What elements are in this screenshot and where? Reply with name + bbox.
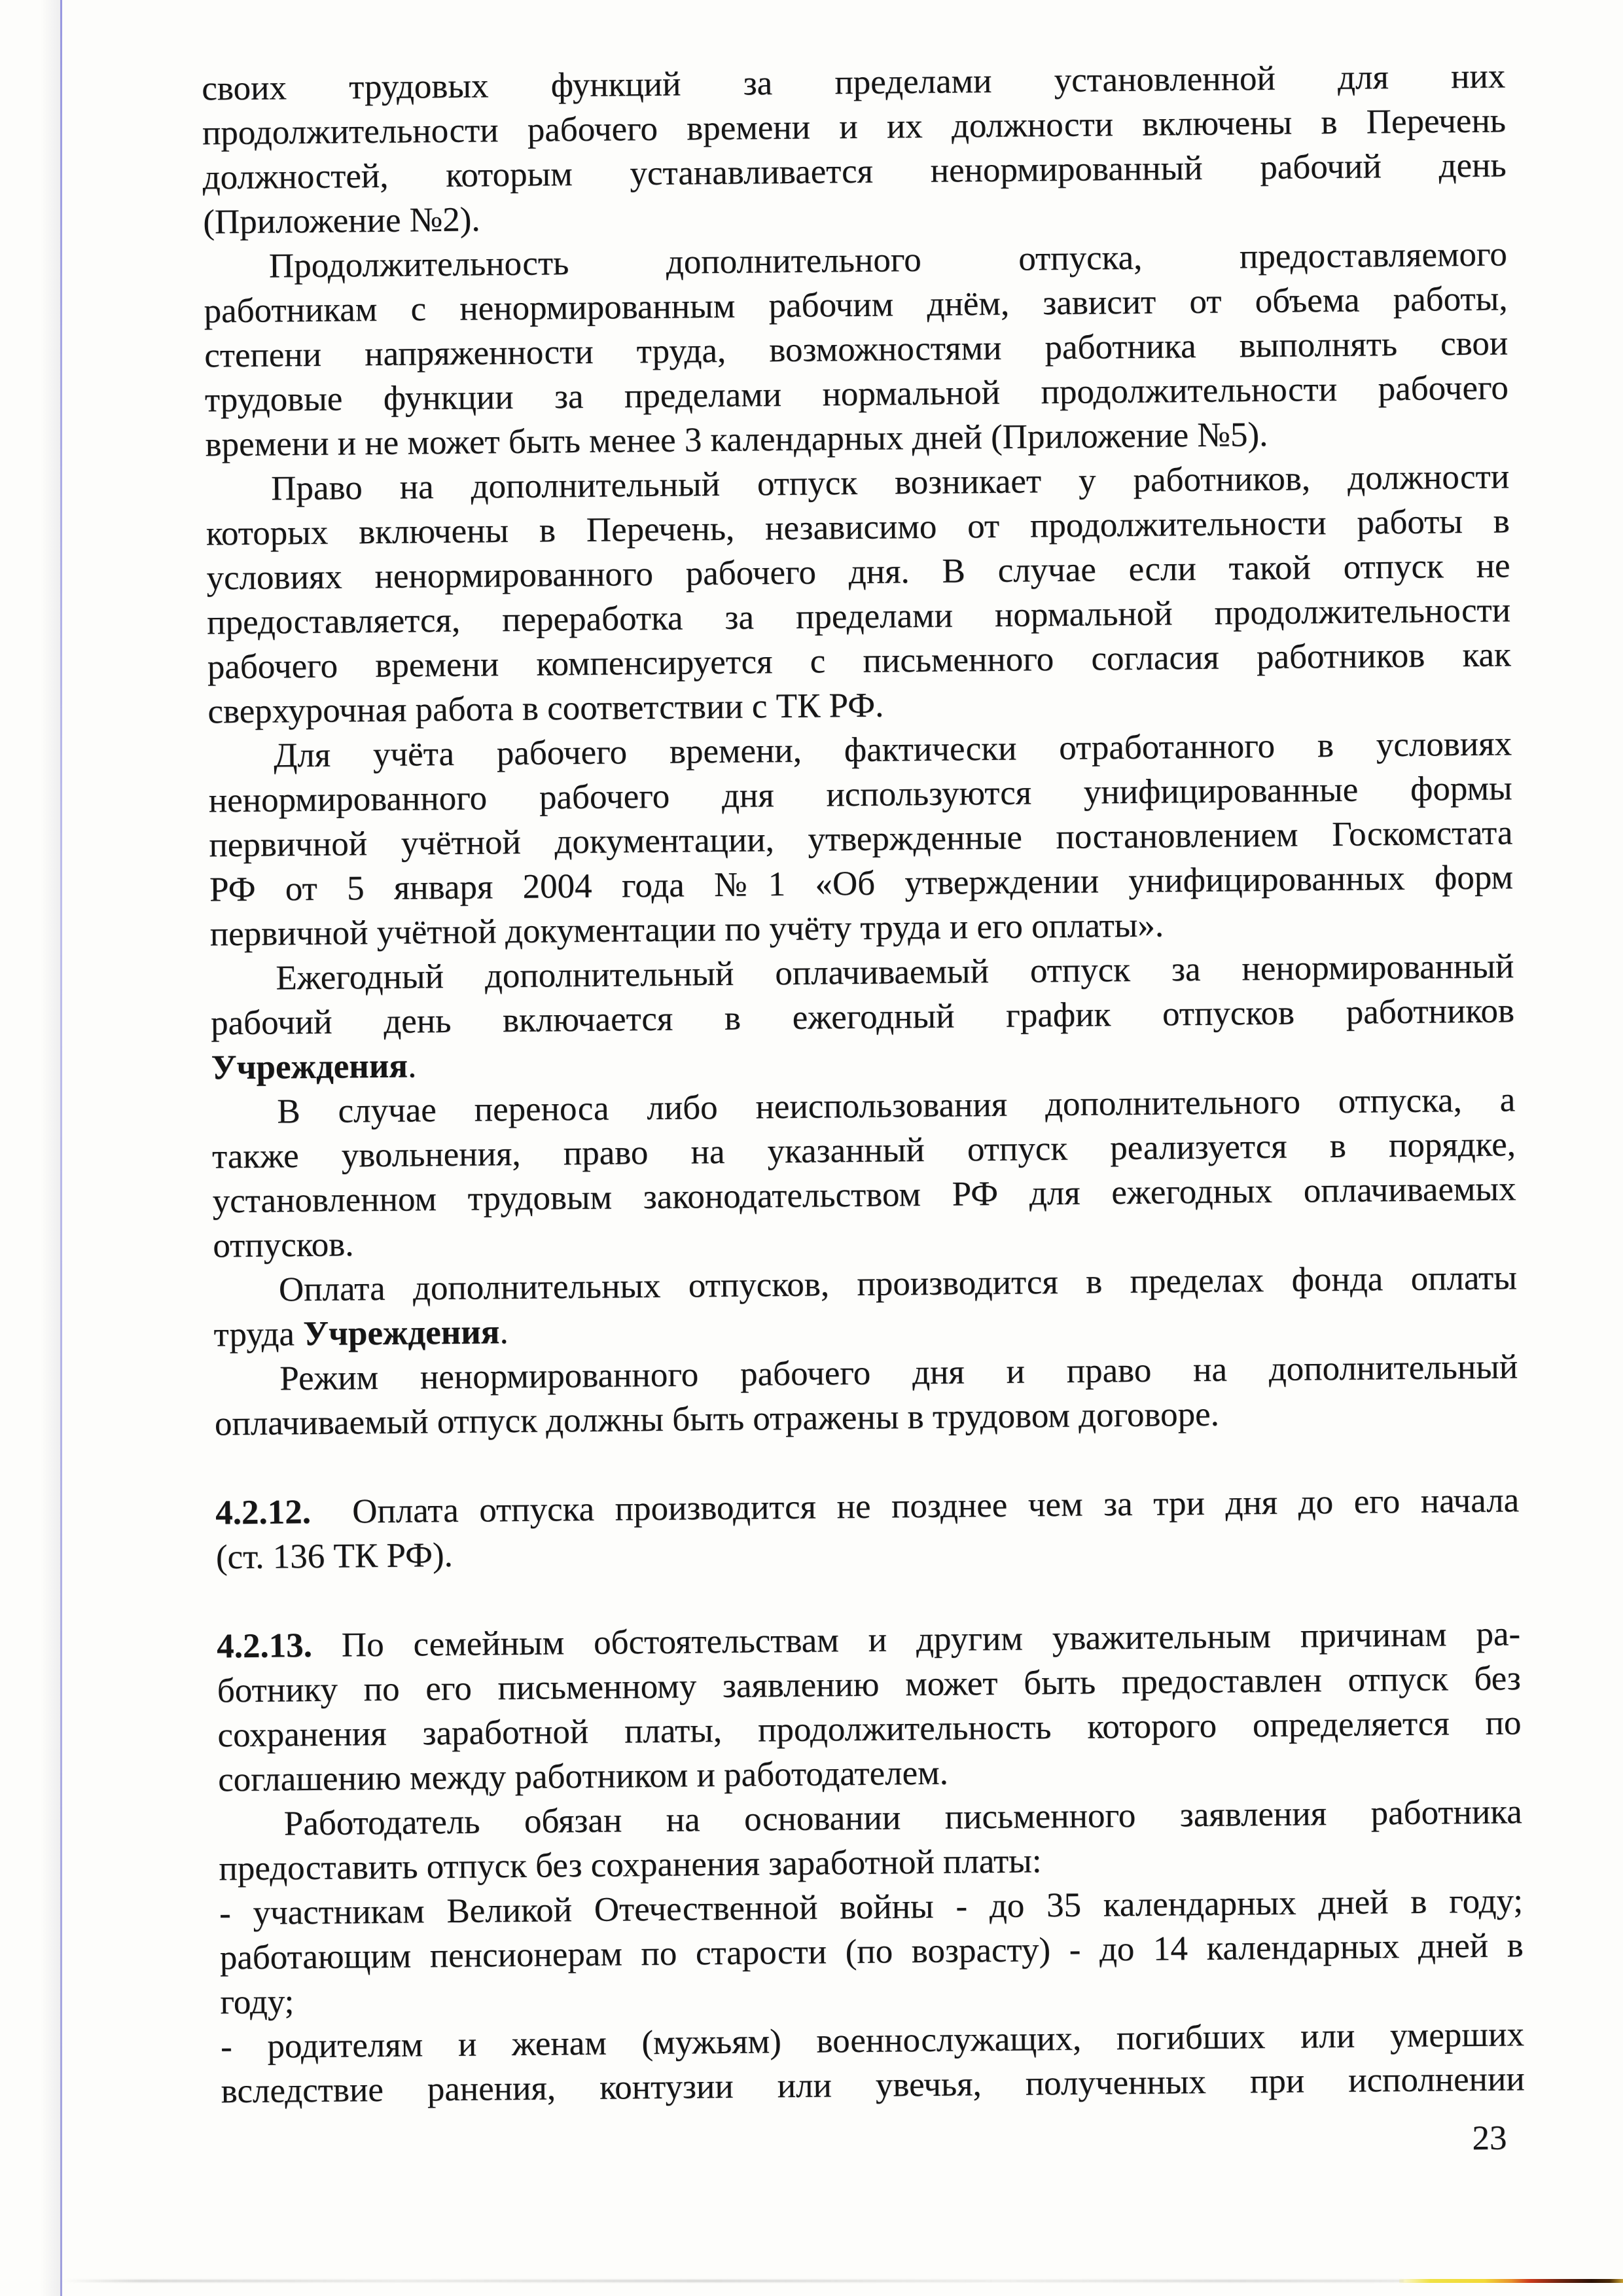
text-segment: отпусков. xyxy=(213,1225,354,1265)
text-segment: работающим пенсионерам по старости (по в… xyxy=(220,1926,1524,1977)
bold-text-segment: Учреждения xyxy=(303,1313,500,1353)
bold-text-segment: Учреждения xyxy=(211,1047,408,1087)
page-edge-shadow xyxy=(41,0,60,2296)
scanned-document-page: { "page": { "number": "23", "ink_color":… xyxy=(0,0,1623,2296)
text-segment: РФ от 5 января 2004 года №1 «Об утвержде… xyxy=(209,858,1513,908)
bold-text-segment: 4.2.13. xyxy=(217,1626,312,1665)
text-segment: времени и не может быть менее 3 календар… xyxy=(205,416,1268,464)
text-segment: По семейным обстоятельствам и другим ува… xyxy=(312,1615,1521,1664)
scanner-bottom-color-stripe-artifact xyxy=(1399,2279,1623,2283)
text-segment: сохранения заработной платы, продолжител… xyxy=(217,1704,1521,1754)
scanner-edge-line-artifact xyxy=(60,0,62,2296)
text-segment: Работодатель обязан на основании письмен… xyxy=(284,1793,1522,1842)
text-segment: рабочий день включается в ежегодный граф… xyxy=(211,992,1514,1042)
text-segment: предоставить отпуск без сохранения зараб… xyxy=(219,1842,1042,1888)
text-segment: установленном трудовым законодательством… xyxy=(212,1170,1516,1220)
text-segment: вследствие ранения, контузии или увечья,… xyxy=(221,2060,1524,2110)
text-segment: сверхурочная работа в соответствии с ТК … xyxy=(207,687,883,731)
text-segment: Оплата дополнительных отпусков, производ… xyxy=(279,1259,1517,1308)
text-segment: (ст. 136 ТК РФ). xyxy=(216,1536,453,1576)
text-segment: Режим ненормированного рабочего дня и пр… xyxy=(279,1348,1518,1397)
text-segment: . xyxy=(408,1047,417,1085)
page-number: 23 xyxy=(221,2115,1525,2172)
text-segment: труда xyxy=(213,1315,303,1354)
text-segment: (Приложение №2). xyxy=(203,200,480,241)
text-segment: должностей, которым устанавливается нено… xyxy=(202,146,1506,196)
bold-text-segment: 4.2.12. xyxy=(215,1493,311,1532)
text-segment: оплачиваемый отпуск должны быть отражены… xyxy=(215,1395,1220,1443)
document-text-block: своих трудовых функций за пределами уста… xyxy=(202,54,1525,2172)
text-segment: году; xyxy=(220,1982,294,2021)
text-segment: трудовые функции за пределами нормальной… xyxy=(205,368,1508,419)
text-segment: соглашению между работником и работодате… xyxy=(218,1754,948,1799)
scanner-bottom-smudge-artifact xyxy=(62,2280,1404,2282)
text-segment: рабочего времени компенсируется с письме… xyxy=(207,636,1511,686)
text-segment: Оплата отпуска производится не позднее ч… xyxy=(311,1481,1520,1531)
text-segment: . xyxy=(499,1313,508,1351)
text-segment: первичной учётной документации по учёту … xyxy=(209,906,1164,954)
